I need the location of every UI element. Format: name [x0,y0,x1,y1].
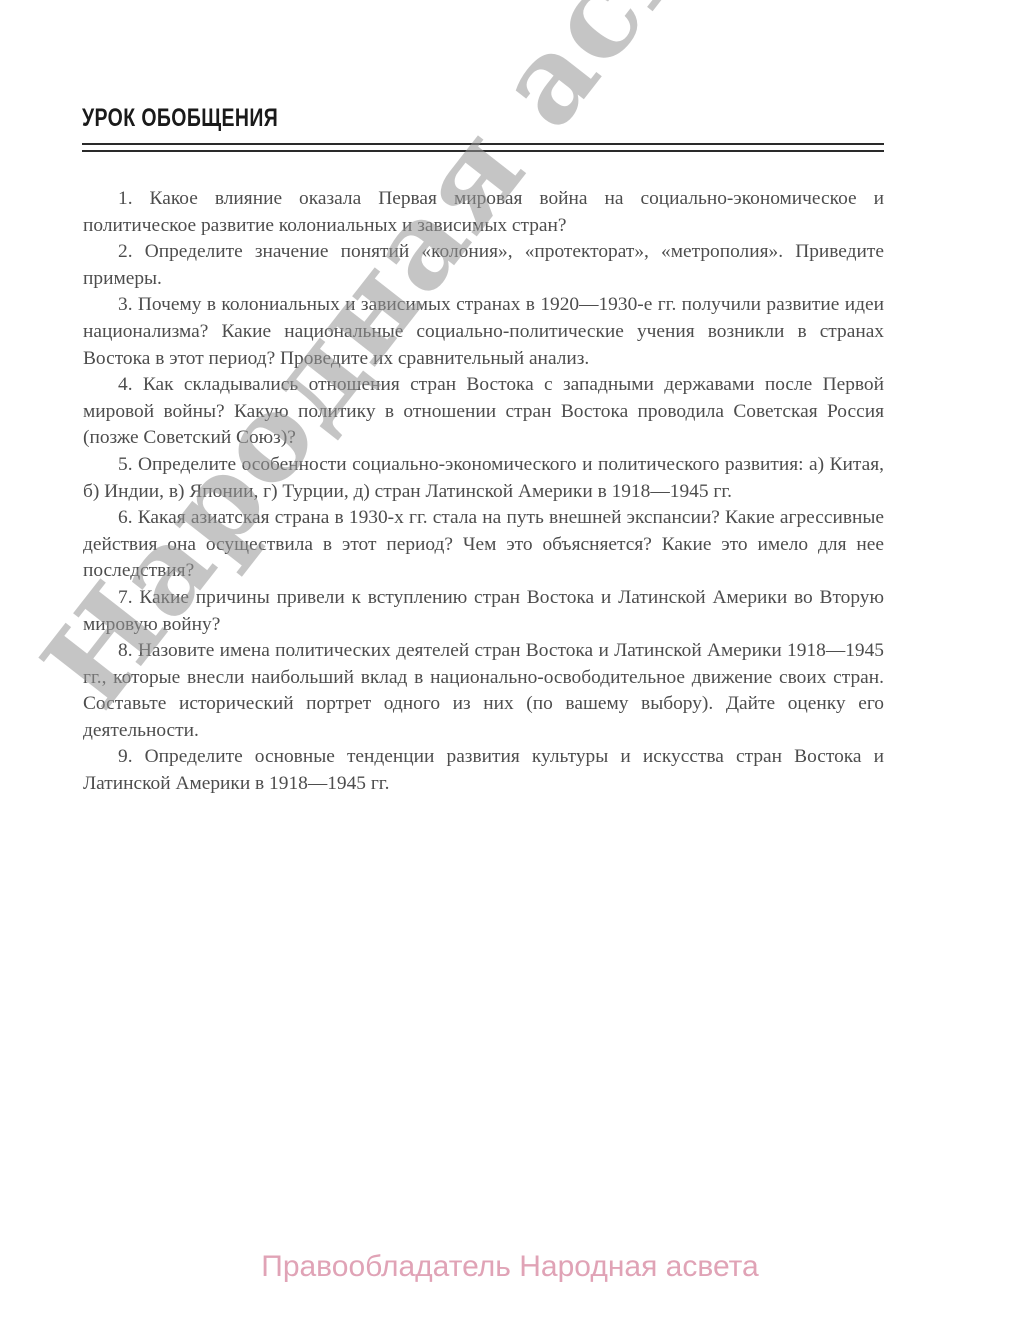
question-list: 1. Какое влияние оказала Первая мировая … [83,186,884,798]
title-rule-bottom [82,150,884,152]
question-item: 1. Какое влияние оказала Первая мировая … [83,186,884,239]
title-rule-top [82,143,884,145]
page-title: УРОК ОБОБЩЕНИЯ [82,104,278,133]
question-item: 4. Как складывались отношения стран Вост… [83,372,884,452]
question-item: 8. Назовите имена политических деятелей … [83,638,884,744]
question-item: 7. Какие причины привели к вступлению ст… [83,585,884,638]
question-item: 2. Определите значение понятий «колония»… [83,239,884,292]
question-item: 5. Определите особенности социально-экон… [83,452,884,505]
copyright-footer: Правообладатель Народная асвета [0,1250,1020,1284]
question-item: 9. Определите основные тенденции развити… [83,744,884,797]
question-item: 3. Почему в колониальных и зависимых стр… [83,292,884,372]
question-item: 6. Какая азиатская страна в 1930-х гг. с… [83,505,884,585]
